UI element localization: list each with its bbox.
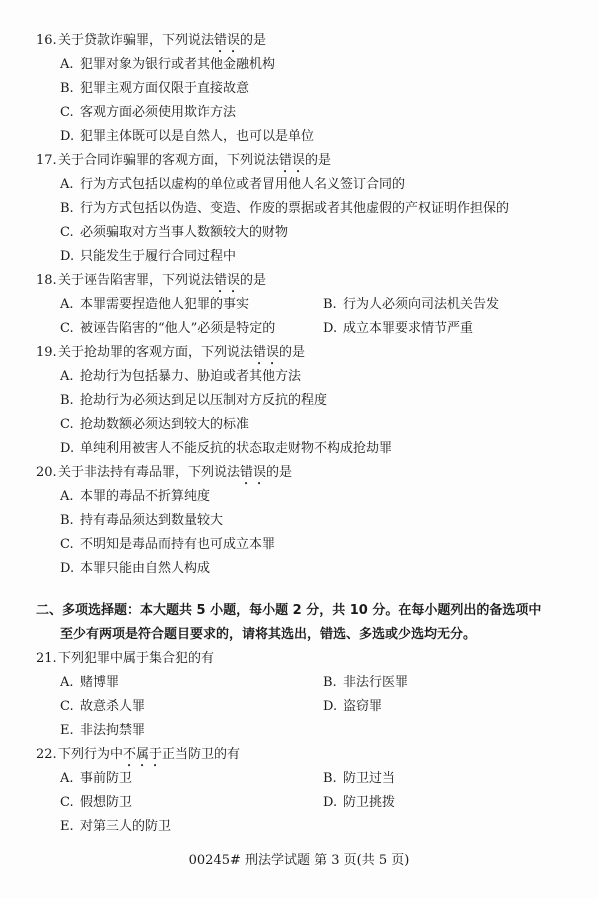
option-text: 假想防卫 xyxy=(80,795,132,810)
question-number: 17. xyxy=(36,153,58,169)
option-text: 犯罪对象为银行或者其他金融机构 xyxy=(80,57,275,72)
option: B.犯罪主观方面仅限于直接故意 xyxy=(60,81,249,97)
option-label: B. xyxy=(60,81,80,97)
stem-text: 的是 xyxy=(240,33,266,48)
option-label: C. xyxy=(60,417,80,433)
option-text: 被诬告陷害的“他人”必须是特定的 xyxy=(80,321,275,336)
option-text: 本罪需要捏造他人犯罪的事实 xyxy=(80,297,249,312)
section-heading: 二、多项选择题：本大题共 5 小题，每小题 2 分，共 10 分。在每小题列出的… xyxy=(36,603,541,619)
option-text: 成立本罪要求情节严重 xyxy=(343,321,473,336)
option-label: B. xyxy=(60,393,80,409)
question-16-stem: 16.关于贷款诈骗罪，下列说法错误的是 xyxy=(36,33,266,56)
option: B.行为方式包括以伪造、变造、作废的票据或者其他虚假的产权证明作担保的 xyxy=(60,201,509,217)
option-row: A.本罪需要捏造他人犯罪的事实 B.行为人必须向司法机关告发 xyxy=(60,297,560,313)
option: A.抢劫行为包括暴力、胁迫或者其他方法 xyxy=(60,369,301,385)
option: C.必须骗取对方当事人数额较大的财物 xyxy=(60,225,288,241)
option-label: B. xyxy=(60,513,80,529)
option-label: B. xyxy=(323,771,343,787)
option-label: C. xyxy=(60,225,80,241)
stem-text: 的是 xyxy=(279,345,305,360)
option-row: C.被诬告陷害的“他人”必须是特定的 D.成立本罪要求情节严重 xyxy=(60,321,560,337)
question-20-stem: 20.关于非法持有毒品罪，下列说法错误的是 xyxy=(36,465,292,488)
question-21-stem: 21.下列犯罪中属于集合犯的有 xyxy=(36,651,214,667)
option-text: 犯罪主体既可以是自然人，也可以是单位 xyxy=(80,129,314,144)
option-text: 行为方式包括以虚构的单位或者冒用他人名义签订合同的 xyxy=(80,177,405,192)
emphasis-text: 错误 xyxy=(253,345,279,360)
stem-text: 关于诬告陷害罪，下列说法 xyxy=(58,273,214,288)
option: A.犯罪对象为银行或者其他金融机构 xyxy=(60,57,275,73)
option-label: C. xyxy=(60,321,80,337)
option-text: 故意杀人罪 xyxy=(80,699,145,714)
option-text: 持有毒品须达到数量较大 xyxy=(80,513,223,528)
option-text: 单纯利用被害人不能反抗的状态取走财物不构成抢劫罪 xyxy=(80,441,392,456)
option-text: 客观方面必须使用欺诈方法 xyxy=(80,105,236,120)
option: B.抢劫行为必须达到足以压制对方反抗的程度 xyxy=(60,393,327,409)
option-label: D. xyxy=(60,249,80,265)
option-label: C. xyxy=(60,537,80,553)
emphasis-text: 错误 xyxy=(214,273,240,288)
option-label: D. xyxy=(323,699,343,715)
question-number: 22. xyxy=(36,747,58,763)
option-row: C.假想防卫 D.防卫挑拨 xyxy=(60,795,560,811)
option-label: A. xyxy=(60,675,80,691)
option-label: D. xyxy=(323,321,343,337)
option-label: C. xyxy=(60,699,80,715)
stem-text: 关于抢劫罪的客观方面，下列说法 xyxy=(58,345,253,360)
exam-page: 16.关于贷款诈骗罪，下列说法错误的是 A.犯罪对象为银行或者其他金融机构 B.… xyxy=(0,0,598,899)
option-label: C. xyxy=(60,105,80,121)
option: D.犯罪主体既可以是自然人，也可以是单位 xyxy=(60,129,314,145)
page-footer: 00245# 刑法学试题 第 3 页(共 5 页) xyxy=(0,853,598,869)
option-text: 非法行医罪 xyxy=(343,675,408,690)
option-label: A. xyxy=(60,57,80,73)
option-text: 抢劫行为必须达到足以压制对方反抗的程度 xyxy=(80,393,327,408)
option-label: C. xyxy=(60,795,80,811)
option-label: B. xyxy=(323,675,343,691)
stem-text: 下列行为中 xyxy=(58,747,123,762)
option-text: 不明知是毒品而持有也可成立本罪 xyxy=(80,537,275,552)
option-label: A. xyxy=(60,177,80,193)
emphasis-text: 错误 xyxy=(240,465,266,480)
option: B.持有毒品须达到数量较大 xyxy=(60,513,223,529)
question-number: 16. xyxy=(36,33,58,49)
question-22-stem: 22.下列行为中不属于正当防卫的有 xyxy=(36,747,240,770)
option: E.非法拘禁罪 xyxy=(60,723,145,739)
question-18-stem: 18.关于诬告陷害罪，下列说法错误的是 xyxy=(36,273,266,296)
option-label: D. xyxy=(323,795,343,811)
option-text: 事前防卫 xyxy=(80,771,132,786)
option: A.行为方式包括以虚构的单位或者冒用他人名义签订合同的 xyxy=(60,177,405,193)
option-text: 防卫过当 xyxy=(343,771,395,786)
question-number: 19. xyxy=(36,345,58,361)
option-text: 赌博罪 xyxy=(80,675,119,690)
section-instructions: 至少有两项是符合题目要求的，请将其选出，错选、多选或少选均无分。 xyxy=(60,627,476,643)
option-text: 行为方式包括以伪造、变造、作废的票据或者其他虚假的产权证明作担保的 xyxy=(80,201,509,216)
option-label: A. xyxy=(60,297,80,313)
option-label: A. xyxy=(60,771,80,787)
question-number: 21. xyxy=(36,651,58,667)
option-text: 必须骗取对方当事人数额较大的财物 xyxy=(80,225,288,240)
option-label: D. xyxy=(60,129,80,145)
emphasis-text: 错误 xyxy=(279,153,305,168)
stem-text: 下列犯罪中属于集合犯的有 xyxy=(58,651,214,666)
option: D.只能发生于履行合同过程中 xyxy=(60,249,236,265)
stem-text: 的是 xyxy=(305,153,331,168)
question-number: 18. xyxy=(36,273,58,289)
option-text: 对第三人的防卫 xyxy=(80,819,171,834)
stem-text: 的是 xyxy=(240,273,266,288)
option: D.单纯利用被害人不能反抗的状态取走财物不构成抢劫罪 xyxy=(60,441,392,457)
option-text: 本罪只能由自然人构成 xyxy=(80,561,210,576)
option: E.对第三人的防卫 xyxy=(60,819,171,835)
stem-text: 关于合同诈骗罪的客观方面，下列说法 xyxy=(58,153,279,168)
question-number: 20. xyxy=(36,465,58,481)
question-17-stem: 17.关于合同诈骗罪的客观方面，下列说法错误的是 xyxy=(36,153,331,176)
option-row: A.事前防卫 B.防卫过当 xyxy=(60,771,560,787)
option-label: B. xyxy=(323,297,343,313)
stem-text: 的是 xyxy=(266,465,292,480)
option-text: 抢劫行为包括暴力、胁迫或者其他方法 xyxy=(80,369,301,384)
option-text: 防卫挑拨 xyxy=(343,795,395,810)
option-label: E. xyxy=(60,819,80,835)
stem-text: 正当防卫的有 xyxy=(162,747,240,762)
option-text: 只能发生于履行合同过程中 xyxy=(80,249,236,264)
option-label: D. xyxy=(60,441,80,457)
stem-text: 关于非法持有毒品罪，下列说法 xyxy=(58,465,240,480)
option-text: 本罪的毒品不折算纯度 xyxy=(80,489,210,504)
option: A.本罪的毒品不折算纯度 xyxy=(60,489,210,505)
option-label: B. xyxy=(60,201,80,217)
option-text: 行为人必须向司法机关告发 xyxy=(343,297,499,312)
emphasis-text: 不属于 xyxy=(123,747,162,762)
option-label: E. xyxy=(60,723,80,739)
option-text: 盗窃罪 xyxy=(343,699,382,714)
option-text: 抢劫数额必须达到较大的标准 xyxy=(80,417,249,432)
emphasis-text: 错误 xyxy=(214,33,240,48)
option: C.客观方面必须使用欺诈方法 xyxy=(60,105,236,121)
option-label: A. xyxy=(60,369,80,385)
option-label: D. xyxy=(60,561,80,577)
option: C.不明知是毒品而持有也可成立本罪 xyxy=(60,537,275,553)
stem-text: 关于贷款诈骗罪，下列说法 xyxy=(58,33,214,48)
option-row: C.故意杀人罪 D.盗窃罪 xyxy=(60,699,560,715)
option-label: A. xyxy=(60,489,80,505)
option: D.本罪只能由自然人构成 xyxy=(60,561,210,577)
option-text: 犯罪主观方面仅限于直接故意 xyxy=(80,81,249,96)
question-19-stem: 19.关于抢劫罪的客观方面，下列说法错误的是 xyxy=(36,345,305,368)
option-row: A.赌博罪 B.非法行医罪 xyxy=(60,675,560,691)
option-text: 非法拘禁罪 xyxy=(80,723,145,738)
option: C.抢劫数额必须达到较大的标准 xyxy=(60,417,249,433)
